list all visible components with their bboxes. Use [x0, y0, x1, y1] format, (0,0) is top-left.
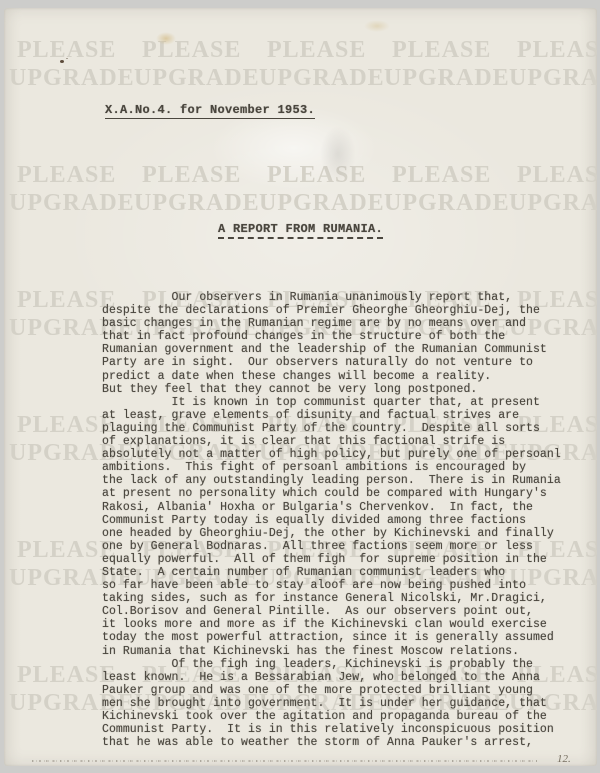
document-title: A REPORT FROM RUMANIA.: [4, 219, 597, 239]
document-body-text: Our observers in Rumania unanimously rep…: [102, 291, 561, 749]
watermark-tile: PLEASEUPGRADE: [142, 161, 267, 217]
watermark-tile: PLEASEUPGRADE: [517, 36, 597, 92]
watermark-tile: PLEASEUPGRADE: [392, 36, 517, 92]
watermark-word-please: PLEASE: [17, 36, 142, 64]
watermark-word-upgrade: UPGRADE: [509, 64, 597, 92]
watermark-word-please: PLEASE: [142, 36, 267, 64]
watermark-word-upgrade: UPGRADE: [384, 64, 517, 92]
watermark-word-please: PLEASE: [517, 161, 597, 189]
perforation-dots: [32, 760, 537, 762]
watermark-word-upgrade: UPGRADE: [134, 64, 267, 92]
watermark-word-upgrade: UPGRADE: [9, 64, 142, 92]
watermark-word-please: PLEASE: [17, 161, 142, 189]
paper-sheet: PLEASEUPGRADEPLEASEUPGRADEPLEASEUPGRADEP…: [4, 8, 597, 766]
page-number: 12.: [557, 753, 571, 765]
watermark-word-upgrade: UPGRADE: [9, 189, 142, 217]
document-reference: X.A.No.4. for November 1953.: [105, 103, 315, 119]
watermark-tile: PLEASEUPGRADE: [392, 161, 517, 217]
watermark-word-please: PLEASE: [392, 161, 517, 189]
watermark-tile: PLEASEUPGRADE: [267, 161, 392, 217]
watermark-tile: PLEASEUPGRADE: [267, 36, 392, 92]
watermark-word-upgrade: UPGRADE: [259, 189, 392, 217]
watermark-tile: PLEASEUPGRADE: [142, 36, 267, 92]
paper-stain: [364, 20, 390, 32]
watermark-word-please: PLEASE: [392, 36, 517, 64]
watermark-word-upgrade: UPGRADE: [259, 64, 392, 92]
watermark-row: PLEASEUPGRADEPLEASEUPGRADEPLEASEUPGRADEP…: [17, 36, 597, 92]
watermark-word-please: PLEASE: [267, 161, 392, 189]
paper-smudge: [320, 126, 356, 182]
watermark-tile: PLEASEUPGRADE: [17, 36, 142, 92]
watermark-word-upgrade: UPGRADE: [134, 189, 267, 217]
paper-stain: [156, 32, 176, 45]
watermark-tile: PLEASEUPGRADE: [17, 161, 142, 217]
scanned-document-page: PLEASEUPGRADEPLEASEUPGRADEPLEASEUPGRADEP…: [0, 0, 600, 773]
watermark-tile: PLEASEUPGRADE: [517, 161, 597, 217]
watermark-word-upgrade: UPGRADE: [509, 189, 597, 217]
watermark-word-please: PLEASE: [267, 36, 392, 64]
watermark-word-please: PLEASE: [142, 161, 267, 189]
watermark-word-please: PLEASE: [517, 36, 597, 64]
watermark-word-upgrade: UPGRADE: [384, 189, 517, 217]
watermark-row: PLEASEUPGRADEPLEASEUPGRADEPLEASEUPGRADEP…: [17, 161, 597, 217]
ink-speck: [60, 60, 64, 63]
document-title-text: A REPORT FROM RUMANIA.: [218, 222, 383, 239]
